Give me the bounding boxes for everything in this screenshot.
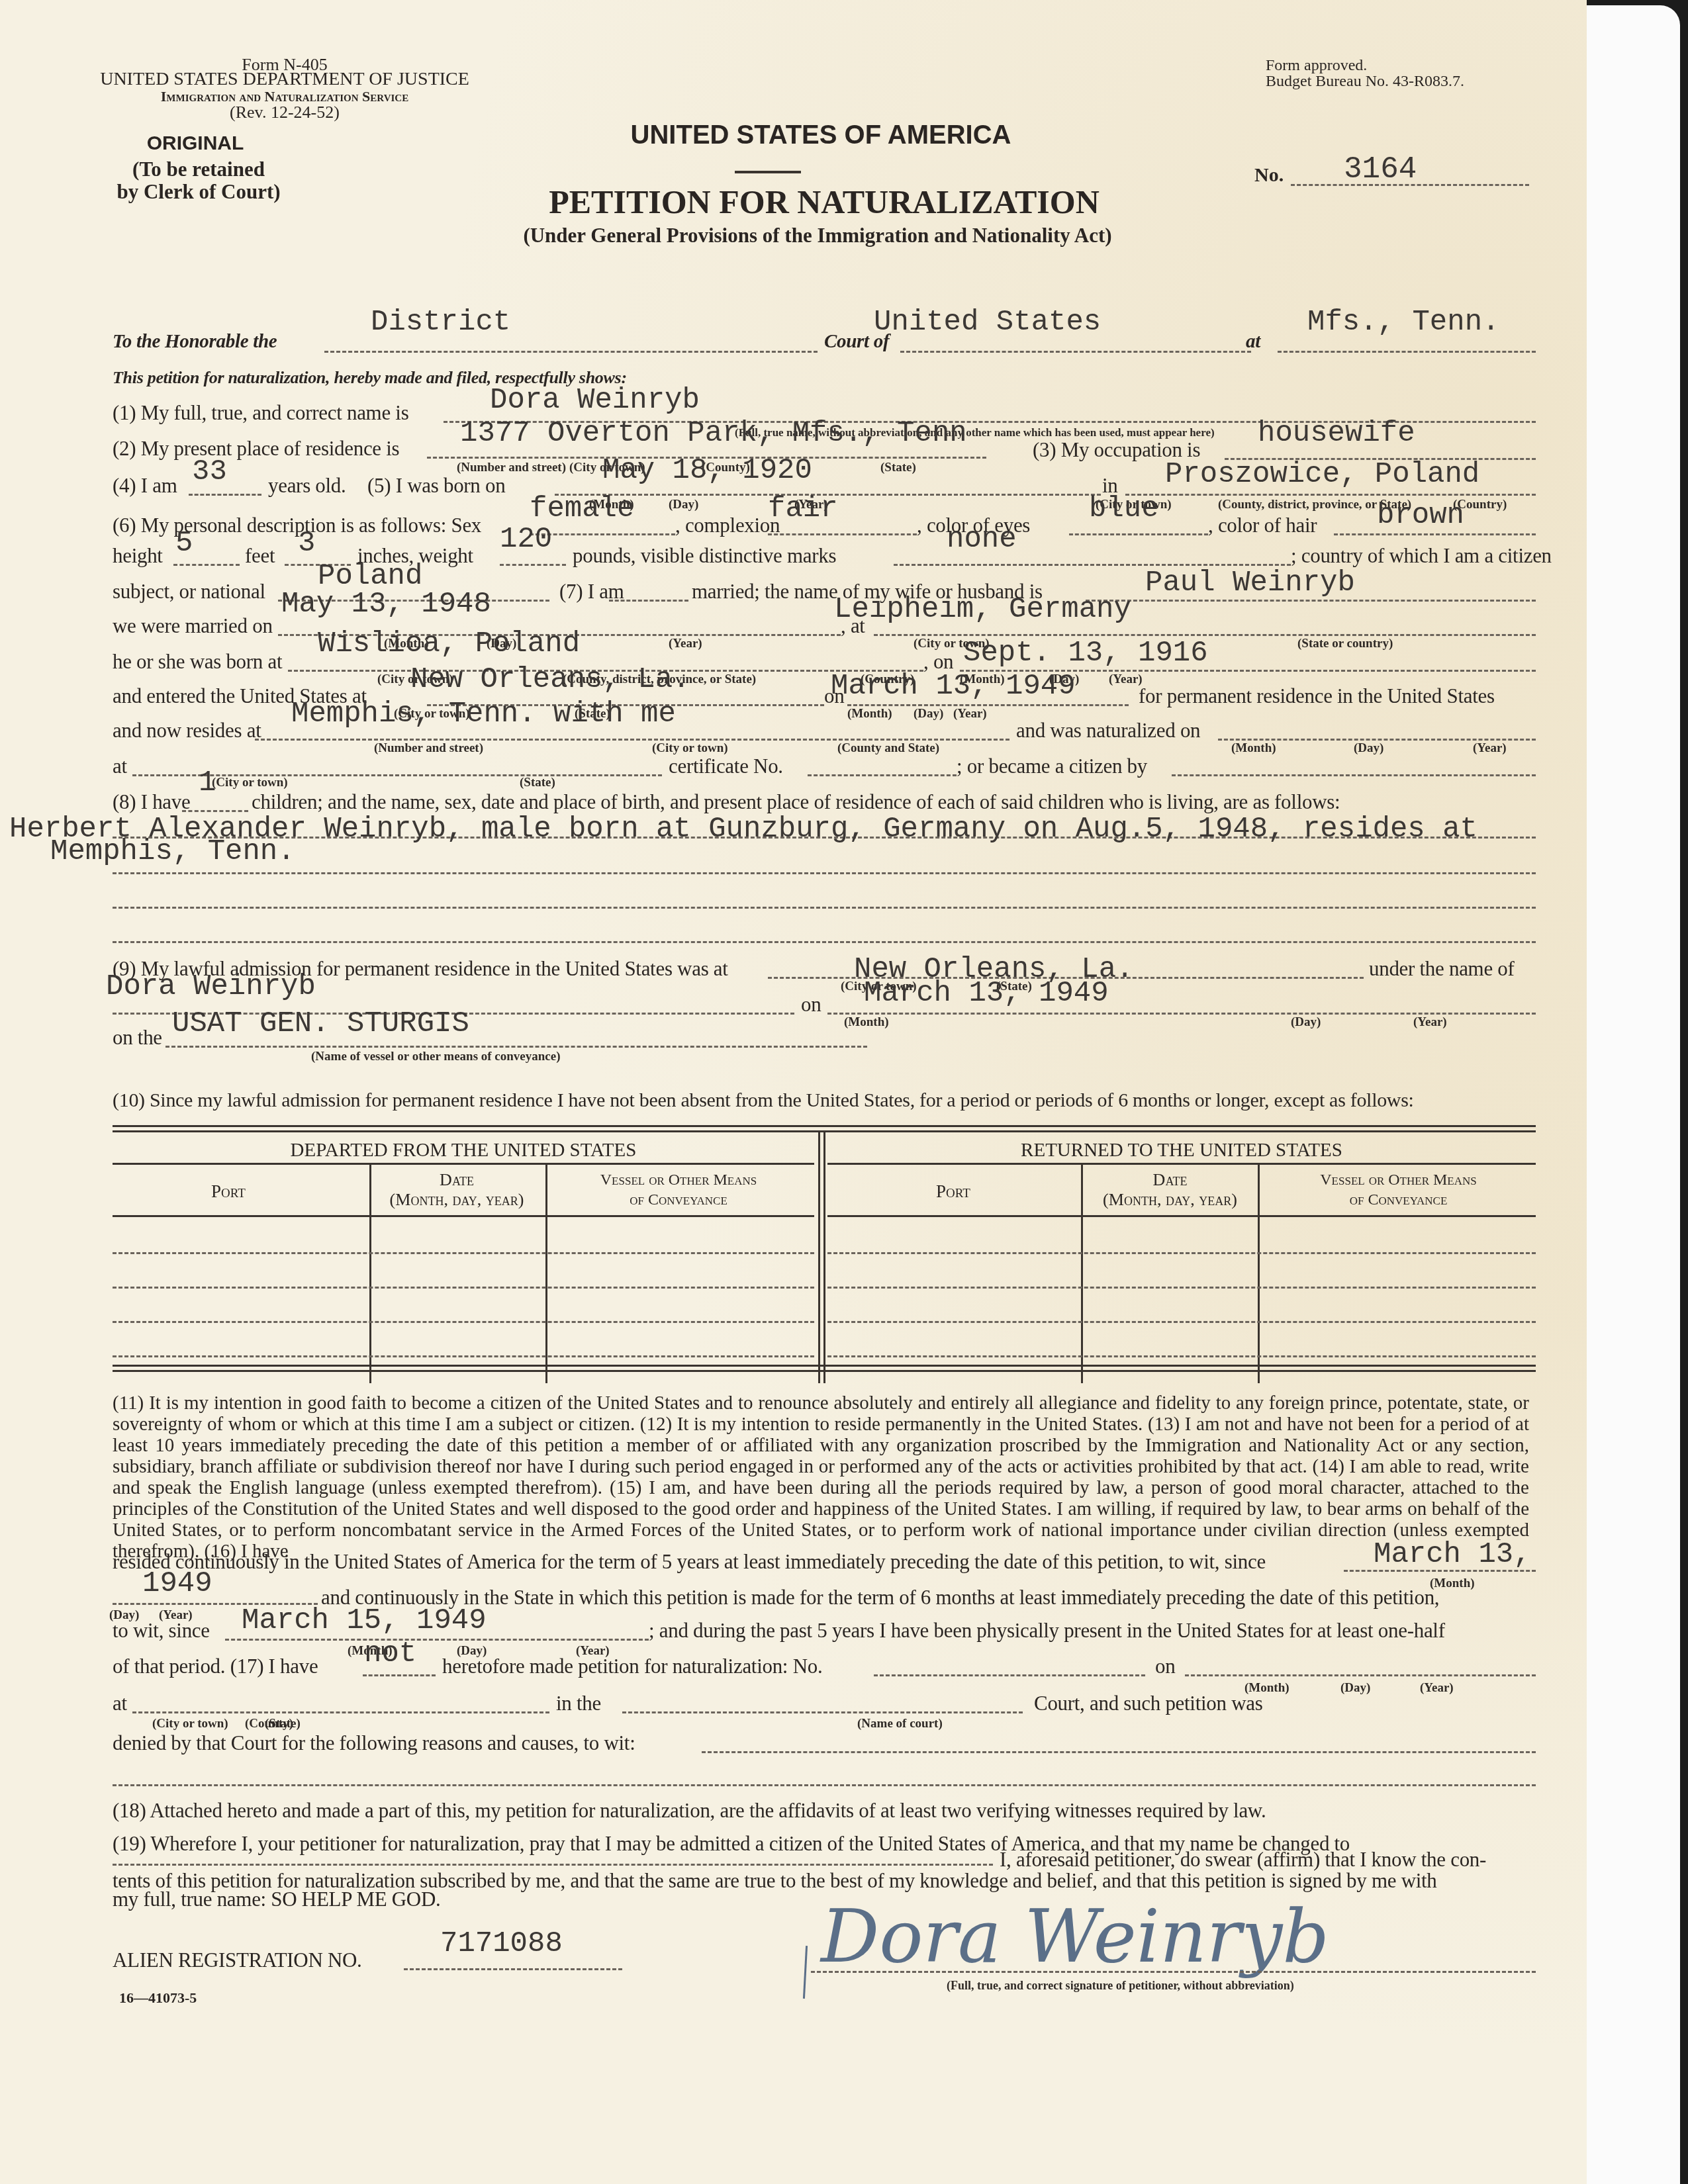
q1-label: (1) My full, true, and correct name is bbox=[113, 401, 408, 425]
admission-date-field[interactable]: March 13, 1949 bbox=[864, 977, 1109, 1010]
q8-suffix: children; and the name, sex, date and pl… bbox=[252, 790, 1340, 814]
marriage-place-field[interactable]: Leipheim, Germany bbox=[834, 593, 1131, 626]
married-on-label: we were married on bbox=[113, 614, 273, 638]
q10-label: (10) Since my lawful admission for perma… bbox=[113, 1089, 1414, 1112]
form-approved: Form approved. bbox=[1266, 57, 1367, 74]
q17-suffix: heretofore made petition for naturalizat… bbox=[442, 1655, 822, 1678]
q8-label: (8) I have bbox=[113, 790, 191, 814]
state-residence-label: and continuously in the State in which t… bbox=[321, 1586, 1439, 1610]
on-the-label: on the bbox=[113, 1026, 162, 1050]
spouse-birthplace-field[interactable]: Wislica, Poland bbox=[318, 627, 580, 660]
to-wit-label: to wit, since bbox=[113, 1619, 210, 1643]
col-port: Port bbox=[113, 1181, 344, 1202]
petition-number-label: No. bbox=[1254, 164, 1284, 187]
sublabel: (Number and street) bbox=[374, 741, 483, 756]
honorable-label: To the Honorable the bbox=[113, 331, 277, 353]
table-row[interactable] bbox=[113, 1287, 814, 1289]
departed-title: DEPARTED FROM THE UNITED STATES bbox=[113, 1140, 814, 1161]
q5-label: (5) I was born on bbox=[367, 474, 505, 498]
in-the-label: in the bbox=[556, 1692, 601, 1715]
hair-label: , color of hair bbox=[1208, 514, 1317, 537]
court-suffix-label: Court, and such petition was bbox=[1034, 1692, 1262, 1715]
department-name: UNITED STATES DEPARTMENT OF JUSTICE bbox=[99, 70, 470, 89]
hair-color-field[interactable]: brown bbox=[1377, 499, 1464, 532]
sublabel: (State or country) bbox=[1297, 637, 1393, 651]
table-row[interactable] bbox=[827, 1287, 1536, 1289]
height-feet-field[interactable]: 5 bbox=[175, 527, 193, 560]
col-vessel-sub: of Conveyance bbox=[1350, 1191, 1448, 1208]
denied-label: denied by that Court for the following r… bbox=[113, 1731, 635, 1755]
scanner-backing bbox=[1582, 5, 1680, 2184]
col-date-title: Date bbox=[1153, 1170, 1188, 1189]
sublabel: (Month) bbox=[847, 707, 892, 721]
state-since-field[interactable]: March 15, 1949 bbox=[242, 1604, 487, 1637]
col-vessel-sub: of Conveyance bbox=[630, 1191, 727, 1208]
q4-suffix: years old. bbox=[268, 474, 346, 498]
sublabel: (City or town) bbox=[152, 1717, 228, 1731]
weight-field[interactable]: 120 bbox=[500, 523, 552, 556]
court-of-field[interactable]: United States bbox=[874, 306, 1101, 339]
resides-label: and now resides at bbox=[113, 719, 261, 743]
admission-name-field[interactable]: Dora Weinryb bbox=[106, 970, 316, 1003]
vessel-field[interactable]: USAT GEN. STURGIS bbox=[172, 1007, 469, 1040]
table-row[interactable] bbox=[827, 1355, 1536, 1357]
residence-field[interactable]: 1377 Overton Park, Mfs., Tenn bbox=[460, 417, 967, 450]
sublabel: (Month) bbox=[844, 1015, 889, 1030]
sublabel: (Day) bbox=[914, 707, 943, 721]
q18-statement: (18) Attached hereto and made a part of … bbox=[113, 1799, 1266, 1823]
sex-field[interactable]: female bbox=[530, 492, 634, 525]
spouse-residence-field[interactable]: Memphis, Tenn. with me bbox=[291, 698, 676, 731]
age-field[interactable]: 33 bbox=[192, 455, 227, 488]
retained-note-1: (To be retained bbox=[109, 158, 288, 181]
height-label: height bbox=[113, 544, 163, 568]
resided-since-field[interactable]: March 13, bbox=[1374, 1538, 1531, 1571]
petition-document: Form N-405 UNITED STATES DEPARTMENT OF J… bbox=[0, 0, 1587, 2184]
feet-label: feet bbox=[245, 544, 275, 568]
table-row[interactable] bbox=[113, 1355, 814, 1357]
col-date: Date(Month, day, year) bbox=[1082, 1170, 1258, 1210]
col-vessel-title: Vessel or Other Means bbox=[600, 1171, 757, 1189]
sublabel: (City or town) bbox=[652, 741, 728, 756]
table-row[interactable] bbox=[113, 1252, 814, 1254]
original-label: ORIGINAL bbox=[126, 132, 265, 155]
table-row[interactable] bbox=[113, 1321, 814, 1323]
certificate-label: certificate No. bbox=[669, 754, 783, 778]
permanent-label: for permanent residence in the United St… bbox=[1139, 684, 1495, 708]
on-label: on bbox=[1155, 1655, 1175, 1678]
complexion-label: , complexion bbox=[675, 514, 780, 537]
form-subtitle: (Under General Provisions of the Immigra… bbox=[410, 224, 1225, 248]
height-inches-field[interactable]: 3 bbox=[298, 527, 315, 560]
q6-label: (6) My personal description is as follow… bbox=[113, 514, 481, 537]
sublabel: (State) bbox=[880, 461, 916, 475]
citizen-label: ; country of which I am a citizen bbox=[1291, 544, 1552, 568]
sublabel: (Day) bbox=[669, 498, 698, 512]
sublabel: (Year) bbox=[669, 637, 702, 651]
name-change-field[interactable] bbox=[113, 1864, 993, 1866]
at-label: at bbox=[113, 1692, 127, 1715]
sublabel: (Year) bbox=[1109, 672, 1143, 687]
q19-line-2: I, aforesaid petitioner, do swear (affir… bbox=[1000, 1848, 1486, 1872]
col-date-title: Date bbox=[440, 1170, 474, 1189]
col-vessel-title: Vessel or Other Means bbox=[1320, 1171, 1476, 1189]
spouse-born-label: he or she was born at bbox=[113, 650, 282, 674]
sublabel: (Year) bbox=[1473, 741, 1507, 756]
marriage-date-field[interactable]: May 13, 1948 bbox=[281, 588, 491, 621]
table-row[interactable] bbox=[827, 1321, 1536, 1323]
under-name-label: under the name of bbox=[1369, 957, 1515, 981]
subject-label: subject, or national bbox=[113, 580, 265, 604]
physical-presence-label: ; and during the past 5 years I have bee… bbox=[649, 1619, 1445, 1643]
sublabel: (Year) bbox=[1413, 1015, 1447, 1030]
sublabel: (Day) bbox=[1354, 741, 1383, 756]
sublabel: (Year) bbox=[953, 707, 987, 721]
sublabel: (Year) bbox=[1420, 1681, 1454, 1696]
q2-label: (2) My present place of residence is bbox=[113, 437, 399, 461]
form-title: PETITION FOR NATURALIZATION bbox=[437, 183, 1211, 221]
sublabel: (State) bbox=[265, 1717, 301, 1731]
col-date-sub: (Month, day, year) bbox=[1103, 1190, 1237, 1209]
marks-label: pounds, visible distinctive marks bbox=[573, 544, 836, 568]
revision-date: (Rev. 12-24-52) bbox=[99, 103, 470, 122]
country-heading: UNITED STATES OF AMERICA bbox=[583, 120, 1059, 150]
table-row[interactable] bbox=[827, 1252, 1536, 1254]
q17-label: of that period. (17) I have bbox=[113, 1655, 318, 1678]
sublabel: (State) bbox=[520, 776, 555, 790]
returned-title: RETURNED TO THE UNITED STATES bbox=[827, 1140, 1536, 1161]
retained-note-2: by Clerk of Court) bbox=[109, 180, 288, 204]
children-count-field[interactable]: 1 bbox=[199, 766, 216, 799]
resided-label: resided continuously in the United State… bbox=[113, 1550, 1266, 1574]
eye-color-field[interactable]: blue bbox=[1089, 492, 1159, 525]
became-citizen-label: ; or became a citizen by bbox=[957, 754, 1147, 778]
birth-date-field[interactable]: May 18, 1920 bbox=[602, 454, 812, 487]
col-vessel: Vessel or Other Meansof Conveyance bbox=[1261, 1170, 1536, 1210]
spouse-name-field[interactable]: Paul Weinryb bbox=[1145, 567, 1355, 600]
col-vessel: Vessel or Other Meansof Conveyance bbox=[549, 1170, 808, 1210]
budget-bureau-no: Budget Bureau No. 43-R083.7. bbox=[1266, 73, 1464, 91]
q19-line-4: my full, true name: SO HELP ME GOD. bbox=[113, 1888, 441, 1911]
sublabel: (Day) bbox=[1291, 1015, 1321, 1030]
naturalized-label: and was naturalized on bbox=[1016, 719, 1200, 743]
spouse-birth-date-field[interactable]: Sept. 13, 1916 bbox=[963, 637, 1208, 670]
on-label: on bbox=[801, 993, 821, 1017]
sublabel: (Day) bbox=[1340, 1681, 1370, 1696]
distinctive-marks-field[interactable]: none bbox=[947, 523, 1017, 556]
sublabel: (Name of court) bbox=[857, 1717, 943, 1731]
sublabel: (City or town) bbox=[212, 776, 288, 790]
entry-date-field[interactable]: March 13, 1949 bbox=[831, 670, 1076, 703]
complexion-field[interactable]: fair bbox=[768, 492, 838, 525]
sublabel: (Name of vessel or other means of convey… bbox=[311, 1050, 561, 1064]
prior-petition-field[interactable]: not bbox=[364, 1637, 416, 1670]
heading-underline bbox=[735, 171, 801, 173]
col-port: Port bbox=[827, 1181, 1079, 1202]
at-label: at bbox=[113, 754, 127, 778]
occupation-field[interactable]: housewife bbox=[1258, 417, 1415, 450]
q4-label: (4) I am bbox=[113, 474, 177, 498]
court-location-field[interactable]: Mfs., Tenn. bbox=[1307, 306, 1499, 339]
alien-registration-label: ALIEN REGISTRATION NO. bbox=[113, 1948, 362, 1972]
statements-11-16: (11) It is my intention in good faith to… bbox=[113, 1392, 1529, 1562]
petition-number[interactable]: 3164 bbox=[1344, 152, 1417, 187]
col-date: Date(Month, day, year) bbox=[371, 1170, 543, 1210]
at-label: at bbox=[1246, 331, 1260, 353]
court-type-field[interactable]: District bbox=[371, 306, 510, 339]
sublabel: (County and State) bbox=[837, 741, 939, 756]
child-info-line-2[interactable]: Memphis, Tenn. bbox=[50, 835, 295, 868]
full-name-field[interactable]: Dora Weinryb bbox=[490, 384, 700, 417]
resided-since-year-field[interactable]: 1949 bbox=[142, 1567, 212, 1600]
signature-caption: (Full, true, and correct signature of pe… bbox=[947, 1979, 1294, 1993]
entry-place-field[interactable]: New Orleans, La. bbox=[410, 663, 690, 696]
col-date-sub: (Month, day, year) bbox=[390, 1190, 524, 1209]
petitioner-signature[interactable]: Dora Weinryb bbox=[821, 1894, 1329, 1979]
print-code: 16—41073-5 bbox=[119, 1989, 197, 2007]
birth-place-field[interactable]: Proszowice, Poland bbox=[1165, 458, 1479, 491]
sublabel: (Month) bbox=[1231, 741, 1276, 756]
alien-registration-field[interactable]: 7171088 bbox=[440, 1927, 563, 1960]
sublabel: (Number and street) bbox=[457, 461, 566, 475]
